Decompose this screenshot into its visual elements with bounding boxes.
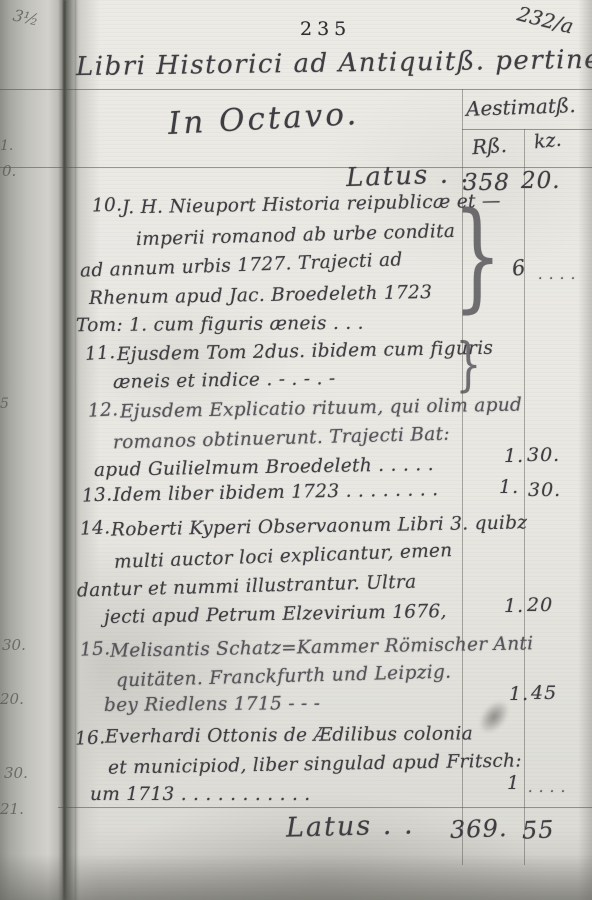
margin-mark: 0.	[2, 162, 16, 180]
rule-under-title	[0, 89, 592, 90]
entry-price-rthlr: 1	[507, 774, 520, 793]
page-number: 235	[300, 18, 351, 40]
latus-top-kz: 20.	[521, 170, 561, 193]
entry-line: Melisantis Schatz=Kammer Römischer Anti	[110, 635, 534, 661]
entry-price-rthlr: 1.	[504, 447, 524, 466]
margin-mark: 21.	[0, 800, 24, 818]
page-right-shadow	[578, 0, 592, 900]
manuscript-page: 3½ 1. 0. 5 30. 20. 30. 21. 235 232/a Lib…	[0, 0, 592, 900]
subcolumn-header-kreuzer: kz.	[533, 131, 562, 153]
entry-line: Rhenum apud Jac. Broedeleth 1723	[89, 284, 432, 308]
latus-bottom-kz: 55	[522, 817, 555, 842]
entry-number: 14.	[80, 519, 111, 539]
entry-number: 12.	[88, 401, 119, 421]
brace-entry-10: }	[453, 186, 502, 324]
entry-price-rthlr: 1.	[504, 597, 524, 616]
entry-line: J. H. Nieuport Historia reipublicæ et —	[122, 193, 501, 218]
entry-number: 10.	[92, 196, 123, 216]
brace-entry-11: }	[456, 330, 482, 398]
subcolumn-header-reichsthaler: Rß.	[471, 135, 507, 157]
entry-line: et municipiod, liber singulad apud Frits…	[108, 752, 522, 778]
rule-above-bottom-sum	[58, 807, 592, 808]
entry-number: 15.	[80, 640, 111, 660]
entry-line: Idem liber ibidem 1723 . . . . . . . .	[113, 481, 439, 505]
rule-under-estimate-header	[462, 129, 592, 130]
latus-bottom-label: Latus . .	[286, 811, 415, 841]
page-bottom-shadow	[0, 854, 592, 900]
latus-top-label: Latus . .	[346, 161, 471, 191]
rule-under-section	[0, 167, 592, 168]
entry-price-kz: 45	[531, 684, 557, 703]
fold-line	[63, 0, 66, 900]
entry-line: multi auctor loci explicantur, emen	[114, 542, 453, 572]
entry-line: um 1713 . . . . . . . . . . .	[90, 786, 311, 805]
entry-line: Everhardi Ottonis de Ædilibus colonia	[105, 725, 473, 747]
entry-price-rthlr: 1.	[509, 685, 529, 704]
entry-line: dantur et nummi illustrantur. Ultra	[77, 574, 417, 601]
estimate-column-header: Aestimatß.	[466, 95, 576, 119]
entry-price-kz: 20	[527, 596, 553, 615]
entry-line: romanos obtinuerunt. Trajecti Bat:	[113, 426, 450, 453]
margin-mark: 30.	[2, 636, 26, 654]
entry-line: ad annum urbis 1727. Trajecti ad	[80, 251, 403, 281]
margin-mark: 1.	[0, 138, 13, 154]
folio-annotation: 232/a	[515, 3, 575, 36]
page-title: Libri Historici ad Antiquitß. pertinente…	[76, 46, 592, 80]
entry-line: Roberti Kyperi Observaonum Libri 3. quib…	[111, 514, 528, 540]
entry-price-kz: . . . .	[528, 781, 566, 795]
entry-price-kz: 30.	[528, 481, 561, 500]
entry-line: Ejusdem Tom 2dus. ibidem cum figuris	[117, 340, 494, 365]
entry-price-kz: . . . .	[538, 268, 576, 282]
entry-number: 11.	[84, 344, 116, 365]
margin-mark: 20.	[0, 690, 24, 708]
entry-price-rthlr: 6	[511, 257, 528, 280]
entry-line: apud Guilielmum Broedeleth . . . . .	[94, 456, 434, 480]
entry-line: quitäten. Franckfurth und Leipzig.	[116, 664, 452, 691]
fold-line-secondary	[75, 0, 76, 900]
entry-line: Tom: 1. cum figuris æneis . . .	[76, 315, 364, 336]
section-heading: In Octavo.	[167, 99, 360, 140]
entry-line: jecti apud Petrum Elzevirium 1676,	[104, 603, 447, 627]
margin-mark: 5	[0, 396, 9, 412]
entry-number: 13.	[82, 486, 113, 506]
entry-price-kz: 30.	[527, 446, 560, 465]
latus-bottom-rthlr: 369.	[450, 816, 508, 842]
entry-price-rthlr: 1.	[499, 478, 519, 497]
entry-line: æneis et indice . - . - . -	[113, 370, 336, 392]
entry-line: bey Riedlens 1715 - - -	[104, 695, 320, 715]
entry-number: 16.	[75, 729, 106, 749]
entry-line: imperii romanod ab urbe condita	[136, 223, 456, 250]
margin-mark: 30.	[4, 764, 28, 782]
estimate-subcolumn-rule	[524, 129, 525, 865]
